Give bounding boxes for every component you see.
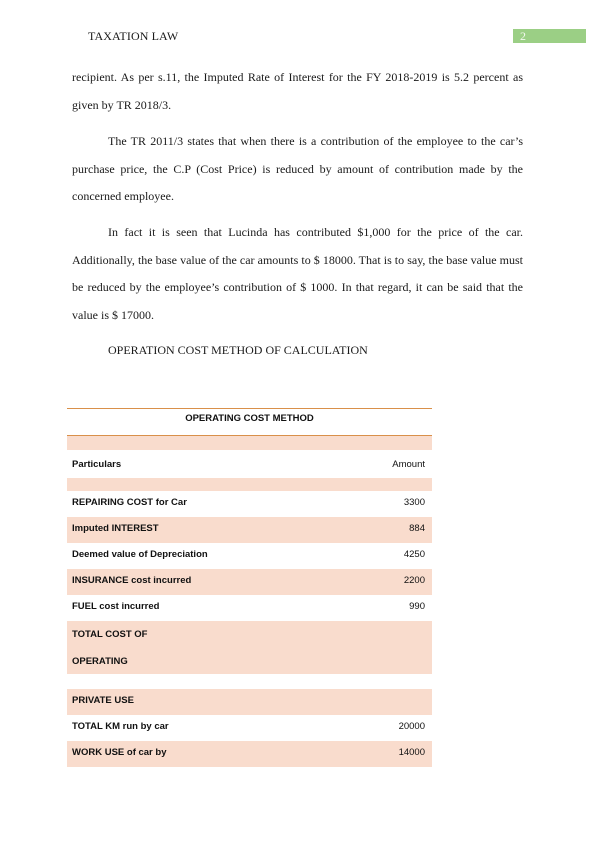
row-amount: 14000: [399, 747, 425, 758]
header-amount: Amount: [392, 459, 425, 470]
table-spacer-row: [67, 436, 432, 450]
private-use-heading: PRIVATE USE: [72, 695, 134, 706]
total-label-line1: TOTAL COST OF: [72, 621, 147, 648]
row-label: WORK USE of car by: [72, 747, 167, 758]
table-spacer-row: [67, 478, 432, 491]
row-label: FUEL cost incurred: [72, 601, 159, 612]
section-heading: OPERATION COST METHOD OF CALCULATION: [108, 343, 368, 358]
row-amount: 20000: [399, 721, 425, 732]
paragraph-imputed-interest: recipient. As per s.11, the Imputed Rate…: [72, 64, 523, 119]
table-row: TOTAL KM run by car 20000: [67, 715, 432, 741]
table-row: INSURANCE cost incurred 2200: [67, 569, 432, 595]
table-title: OPERATING COST METHOD: [67, 408, 432, 436]
total-label-line2: OPERATING: [72, 648, 147, 675]
row-label: Imputed INTEREST: [72, 523, 159, 534]
row-label: TOTAL KM run by car: [72, 721, 169, 732]
paragraph-base-value: In fact it is seen that Lucinda has cont…: [72, 219, 523, 329]
row-label: INSURANCE cost incurred: [72, 575, 191, 586]
table-gap-row: [67, 674, 432, 689]
table-row: FUEL cost incurred 990: [67, 595, 432, 621]
row-amount: 990: [409, 601, 425, 612]
table-row: Imputed INTEREST 884: [67, 517, 432, 543]
row-amount: 884: [409, 523, 425, 534]
page-number-badge: 2: [513, 29, 586, 43]
header-particulars: Particulars: [72, 459, 121, 470]
operating-cost-table: OPERATING COST METHOD Particulars Amount…: [67, 408, 432, 767]
table-header-row: Particulars Amount: [67, 450, 432, 478]
table-row: Deemed value of Depreciation 4250: [67, 543, 432, 569]
row-label: Deemed value of Depreciation: [72, 549, 208, 560]
table-row: REPAIRING COST for Car 3300: [67, 491, 432, 517]
row-label: REPAIRING COST for Car: [72, 497, 187, 508]
paragraph-employee-contribution: The TR 2011/3 states that when there is …: [72, 128, 523, 211]
total-label: TOTAL COST OF OPERATING: [72, 621, 147, 675]
row-amount: 4250: [404, 549, 425, 560]
row-amount: 2200: [404, 575, 425, 586]
table-row: WORK USE of car by 14000: [67, 741, 432, 767]
document-page: TAXATION LAW 2 recipient. As per s.11, t…: [0, 0, 596, 842]
table-total-row: TOTAL COST OF OPERATING: [67, 621, 432, 674]
row-amount: 3300: [404, 497, 425, 508]
running-header-title: TAXATION LAW: [88, 29, 178, 44]
private-use-heading-row: PRIVATE USE: [67, 689, 432, 715]
